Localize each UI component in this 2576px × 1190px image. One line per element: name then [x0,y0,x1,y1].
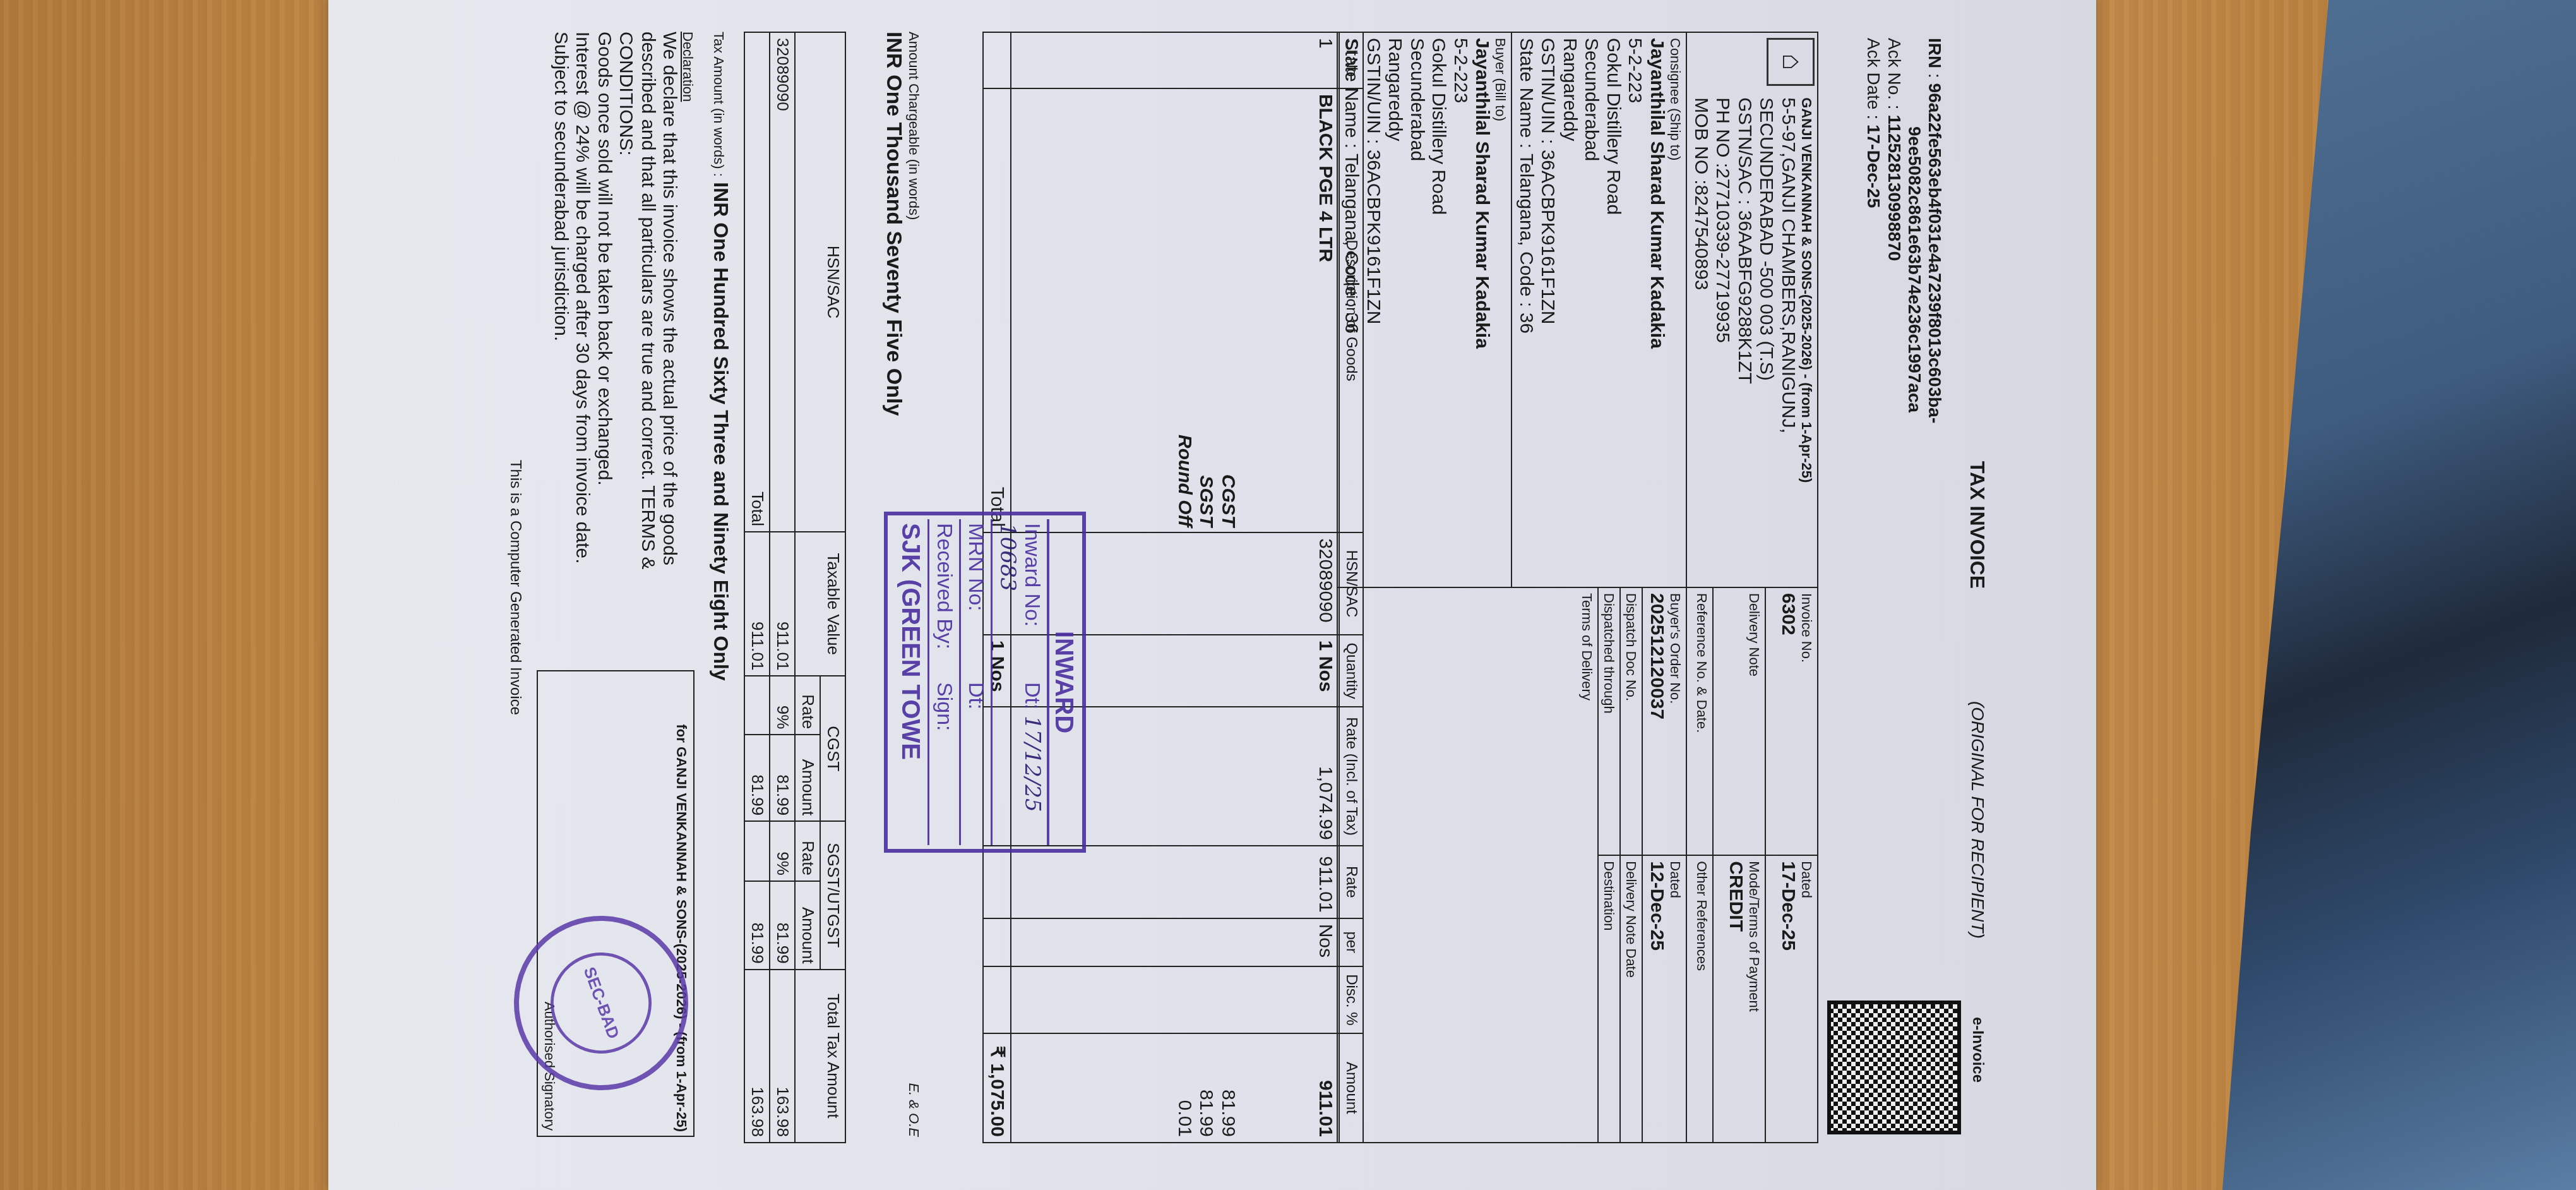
buyer-gstin: 36ACBPK9161F1ZN [1363,150,1384,325]
invoice-date: 17-Dec-25 [1778,861,1799,951]
irn-value-1: 96a22fe563eb4f031e4a7239f8013c603ba- [1925,83,1945,424]
ack-no-label: Ack No. [1885,38,1904,100]
house-logo-icon: ⌂ [1767,38,1815,86]
dated-cell: Dated17-Dec-25 [1765,855,1818,1143]
einvoice-label: e-Invoice [1969,1017,1986,1083]
seller-gstin: GSTN/SAC : 36AABFG9288K1ZT [1733,97,1755,483]
table-row: 32089090 911.01 9% 81.99 9% 81.99 163.98 [770,32,795,1143]
consignee-name: Jayanthilal Sharad Kumar Kadakia [1647,38,1667,349]
terms-delivery-cell: Terms of Delivery [1337,587,1598,1143]
invoice-title: TAX INVOICE [1965,461,1989,589]
tax-in-words: INR One Hundred Sixty Three and Ninety E… [710,182,732,680]
qr-code-icon [1831,1004,1957,1131]
sgst-amount: 81.99 [1195,1039,1217,1137]
inward-no: 10683 [995,523,1020,591]
seller-phone: PH NO :27710339-27719935 [1712,97,1734,483]
footer-note: This is a Computer Generated Invoice [506,32,524,1143]
cgst-amount: 81.99 [1217,1039,1239,1137]
invoice-no-cell: Invoice No.6302 [1765,587,1818,855]
irn-block: IRN : 96a22fe563eb4f031e4a7239f8013c603b… [1863,38,1945,657]
inward-date: 17/12/25 [1020,716,1045,812]
buyer-order-cell: Buyer's Order No.202512120037 [1642,587,1686,855]
payment-cell: Mode/Terms of PaymentCREDIT [1713,855,1765,1143]
seller-mobile: MOB NO :8247540893 [1690,97,1712,483]
party-details-table: ⌂ GANJI VENKANNAH & SONS-(2025-2026) - (… [1337,32,1818,1143]
ack-date-label: Ack Date [1864,38,1883,110]
reference-cell: Reference No. & Date. [1686,587,1713,855]
delivery-note-cell: Delivery Note [1713,587,1765,855]
seller-cell: ⌂ GANJI VENKANNAH & SONS-(2025-2026) - (… [1686,32,1818,587]
other-ref-cell: Other References [1686,855,1713,1143]
invoice-page: TAX INVOICE (ORIGINAL FOR RECIPIENT) e-I… [492,32,1995,1156]
inward-stamp: INWARD Inward No: 10683Dt: 17/12/25 MRN … [884,512,1086,853]
tax-summary-total-row: Total 911.01 81.99 81.99 163.98 [744,32,770,1143]
irn-value-2: 9ee5082c861e63b74e236c1997aca [1905,126,1924,412]
seller-name: GANJI VENKANNAH & SONS-(2025-2026) - (fr… [1799,97,1815,483]
tax-summary-table: HSN/SAC Taxable Value CGST SGST/UTGST To… [744,32,846,1143]
seller-address-2: SECUNDERABAD -500 003 (T.S) [1755,97,1777,483]
delivery-note-date-cell: Delivery Note Date [1620,855,1642,1143]
consignee-cell: Consignee (Ship to) Jayanthilal Sharad K… [1512,32,1686,587]
dispatch-doc-cell: Dispatch Doc No. [1620,587,1642,855]
copy-label: (ORIGINAL FOR RECIPIENT) [1967,701,1988,939]
buyer-order-date-cell: Dated12-Dec-25 [1642,855,1686,1143]
item-amount: 911.01 [1315,1080,1336,1137]
grand-total: ₹ 1,075.00 [983,1033,1011,1143]
for-company: for GANJI VENKANNAH & SONS-(2025-2026) -… [674,675,689,1132]
round-off-amount: 0.01 [1173,1039,1195,1137]
irn-label: IRN [1925,38,1945,68]
ack-date: 17-Dec-25 [1864,124,1883,208]
invoice-paper: TAX INVOICE (ORIGINAL FOR RECIPIENT) e-I… [328,0,2096,1190]
payment-mode: CREDIT [1726,861,1746,932]
destination-cell: Destination [1598,855,1620,1143]
items-header-row: Sl No. Description of Goods HSN/SAC Quan… [1339,32,1363,1143]
buyer-order-no: 202512120037 [1647,593,1667,719]
seller-address-1: 5-5-97,GANJI CHAMBERS,RANIGUNJ, [1777,97,1799,483]
dispatched-through-cell: Dispatched through [1598,587,1620,855]
buyer-name: Jayanthilal Sharad Kumar Kadakia [1472,38,1493,349]
item-description: BLACK PGE 4 LTR [1315,94,1336,262]
ack-no: 112528130998870 [1885,114,1904,261]
consignee-gstin: 36ACBPK9161F1ZN [1537,150,1558,325]
invoice-header: TAX INVOICE (ORIGINAL FOR RECIPIENT) e-I… [1951,32,1995,1156]
invoice-no: 6302 [1778,593,1799,635]
